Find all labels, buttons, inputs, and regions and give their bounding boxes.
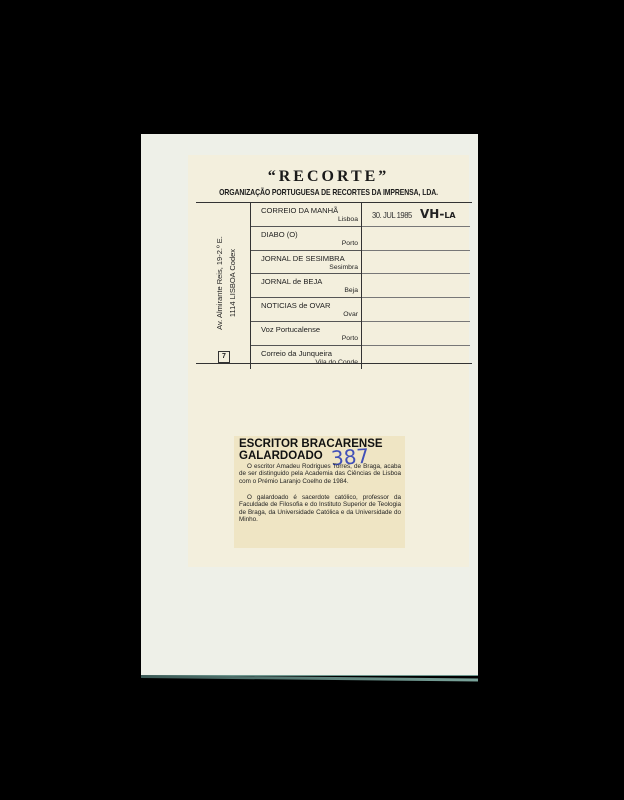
box-number: 7 <box>218 351 230 363</box>
handwritten-code-suffix: LA <box>444 211 455 220</box>
divider <box>196 363 472 364</box>
date-stamp: 30. JUL 1985 <box>372 210 412 220</box>
publication-name: Correio da Junqueira <box>261 349 332 358</box>
date-cell <box>362 298 470 322</box>
address-text: Av. Almirante Reis, 19-2.º E. 1114 LISBO… <box>213 213 239 353</box>
publication-name: CORREIO DA MANHÃ <box>261 206 338 215</box>
publication-name: JORNAL DE SESIMBRA <box>261 254 345 263</box>
date-cell <box>362 322 470 346</box>
address-block: Av. Almirante Reis, 19-2.º E. 1114 LISBO… <box>198 210 258 360</box>
publication-row: Correio da JunqueiraVila do Conde <box>251 346 361 369</box>
headline-line-2: GALARDOADO <box>239 450 323 462</box>
date-column: 30. JUL 1985 VH-LA <box>362 203 470 346</box>
publication-row: Voz PortucalensePorto <box>251 322 361 346</box>
publication-name: NOTICIAS de OVAR <box>261 301 331 310</box>
publication-row: JORNAL de BEJABeja <box>251 274 361 298</box>
newspaper-clipping: ESCRITOR BRACARENSEGALARDOADO 387 O escr… <box>234 436 405 548</box>
address-line-2: 1114 LISBOA Codex <box>226 213 239 353</box>
publication-row: JORNAL DE SESIMBRASesimbra <box>251 251 361 275</box>
publication-row: NOTICIAS de OVAROvar <box>251 298 361 322</box>
clipping-paragraph-2: O galardoado é sacerdote católico, profe… <box>239 494 401 524</box>
publication-city: Porto <box>342 335 358 342</box>
publication-city: Beja <box>344 287 358 294</box>
date-cell <box>362 251 470 275</box>
publication-city: Ovar <box>343 311 358 318</box>
date-cell <box>362 227 470 251</box>
clipping-paragraph-1: O escritor Amadeu Rodrigues Torres, de B… <box>239 463 401 485</box>
handwritten-code: VH-LA <box>420 207 456 221</box>
publication-table: CORREIO DA MANHÃLisboa DIABO (O)Porto JO… <box>250 203 362 369</box>
publication-city: Sesimbra <box>329 264 358 271</box>
publication-name: JORNAL de BEJA <box>261 277 322 286</box>
publication-row: CORREIO DA MANHÃLisboa <box>251 203 361 227</box>
handwritten-code-main: VH- <box>420 207 444 221</box>
agency-subtitle: ORGANIZAÇÃO PORTUGUESA DE RECORTES DA IM… <box>213 187 443 197</box>
publication-row: DIABO (O)Porto <box>251 227 361 251</box>
address-line-1: Av. Almirante Reis, 19-2.º E. <box>213 213 226 353</box>
recorte-sheet: “RECORTE” ORGANIZAÇÃO PORTUGUESA DE RECO… <box>188 155 469 567</box>
publication-city: Lisboa <box>338 216 358 223</box>
agency-title: “RECORTE” <box>188 168 469 186</box>
publication-name: Voz Portucalense <box>261 325 320 334</box>
date-cell <box>362 274 470 298</box>
date-cell: 30. JUL 1985 VH-LA <box>362 203 470 227</box>
publication-city: Porto <box>342 240 358 247</box>
publication-name: DIABO (O) <box>261 230 298 239</box>
